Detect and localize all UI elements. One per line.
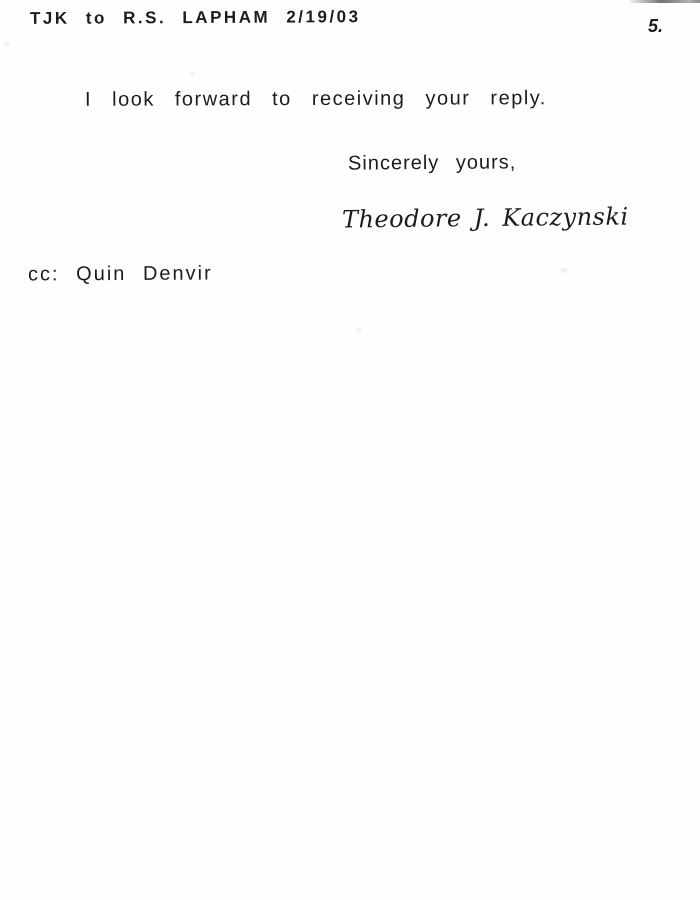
paper-speck bbox=[560, 268, 567, 273]
paper-speck bbox=[190, 72, 195, 76]
header-annotation: TJK to R.S. LAPHAM 2/19/03 bbox=[30, 7, 361, 29]
scan-edge-artifact bbox=[630, 0, 700, 3]
page-number: 5. bbox=[648, 16, 663, 37]
scanned-letter-page: TJK to R.S. LAPHAM 2/19/03 5. I look for… bbox=[0, 0, 700, 900]
signature: Theodore J. Kaczynski bbox=[342, 203, 629, 234]
body-text: I look forward to receiving your reply. bbox=[85, 87, 547, 112]
closing-text: Sincerely yours, bbox=[348, 151, 516, 175]
paper-speck bbox=[4, 42, 10, 47]
paper-speck bbox=[356, 328, 362, 333]
cc-line: cc: Quin Denvir bbox=[28, 263, 213, 287]
